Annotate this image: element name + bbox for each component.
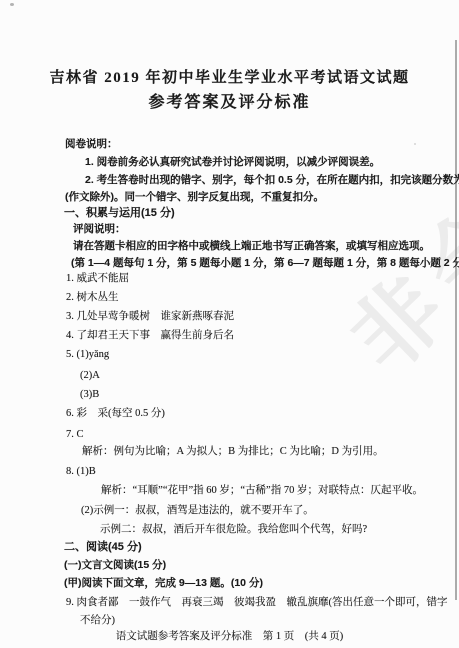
marking-instruction-item-2-line-1: 2. 考生答卷时出现的错字、别字，每个扣 0.5 分，在所在题内扣，扣完该题分数… — [85, 174, 459, 187]
answer-q5-part-1: 5. (1)yǎng — [66, 348, 109, 361]
scanned-answer-key-page: 非会 吉林省 2019 年初中毕业生学业水平考试语文试题 参考答案及评分标准 阅… — [0, 0, 459, 648]
answer-q1: 1. 威武不能屈 — [66, 272, 129, 285]
answer-q6: 6. 彩 采(每空 0.5 分) — [66, 407, 165, 420]
answer-q8-part-1-analysis: 解析：“耳顺”“花甲”指 60 岁；“古稀”指 70 岁；对联特点：仄起平收。 — [101, 484, 423, 497]
section-2-heading: 二、阅读(45 分) — [64, 541, 142, 554]
answer-key-subtitle: 参考答案及评分标准 — [0, 96, 459, 109]
watermark-text: 非会 — [318, 110, 459, 395]
marking-instructions-heading: 阅卷说明： — [65, 138, 118, 151]
answer-q5-part-3: (3)B — [80, 388, 99, 401]
answer-q3: 3. 几处早莺争暖树 谁家新燕啄春泥 — [66, 310, 234, 323]
answer-q9-line-2: 不给分) — [80, 614, 115, 627]
answer-q5-part-2: (2)A — [80, 369, 100, 382]
scan-edge-line — [455, 40, 457, 600]
section-1-review-note: 请在答题卡相应的田字格中或横线上端正地书写正确答案，或填写相应选项。 — [73, 240, 430, 253]
marking-instruction-item-1: 1. 阅卷前务必认真研究试卷并讨论评阅说明，以减少评阅误差。 — [85, 156, 380, 169]
section-2-sub-heading: (一)文言文阅读(15 分) — [64, 559, 166, 572]
answer-q7-analysis: 解析：例句为比喻；A 为拟人；B 为排比；C 为比喻；D 为引用。 — [82, 445, 384, 458]
section-2-passage-note: (甲)阅读下面文章，完成 9—13 题。(10 分) — [64, 577, 263, 590]
answer-q8-part-2-example-1: (2)示例一：叔叔，酒驾是违法的，就不要开车了。 — [81, 504, 314, 517]
scan-speck — [414, 143, 416, 145]
section-1-review-heading: 评阅说明： — [73, 223, 126, 236]
answer-q7: 7. C — [66, 428, 84, 441]
page-footer: 语文试题参考答案及评分标准 第 1 页 (共 4 页) — [0, 630, 459, 643]
answer-q9-line-1: 9. 肉食者鄙 一鼓作气 再衰三竭 彼竭我盈 辙乱旗靡(答出任意一个即可，错字 — [66, 596, 448, 609]
answer-q8-part-1: 8. (1)B — [66, 465, 96, 478]
answer-q2: 2. 树木丛生 — [66, 291, 119, 304]
answer-q4: 4. 了却君王天下事 赢得生前身后名 — [66, 329, 234, 342]
answer-q8-part-2-example-2: 示例二：叔叔，酒后开车很危险。我给您叫个代驾，好吗? — [100, 523, 367, 536]
exam-title: 吉林省 2019 年初中毕业生学业水平考试语文试题 — [0, 72, 459, 85]
section-1-score-note: (第 1—4 题每句 1 分，第 5 题每小题 1 分，第 6—7 题每题 1 … — [71, 257, 459, 270]
scan-speck — [10, 3, 14, 6]
marking-instruction-item-2-line-2: (作文除外)。同一个错字、别字反复出现，不重复扣分。 — [65, 191, 324, 204]
section-1-heading: 一、积累与运用(15 分) — [64, 207, 175, 220]
